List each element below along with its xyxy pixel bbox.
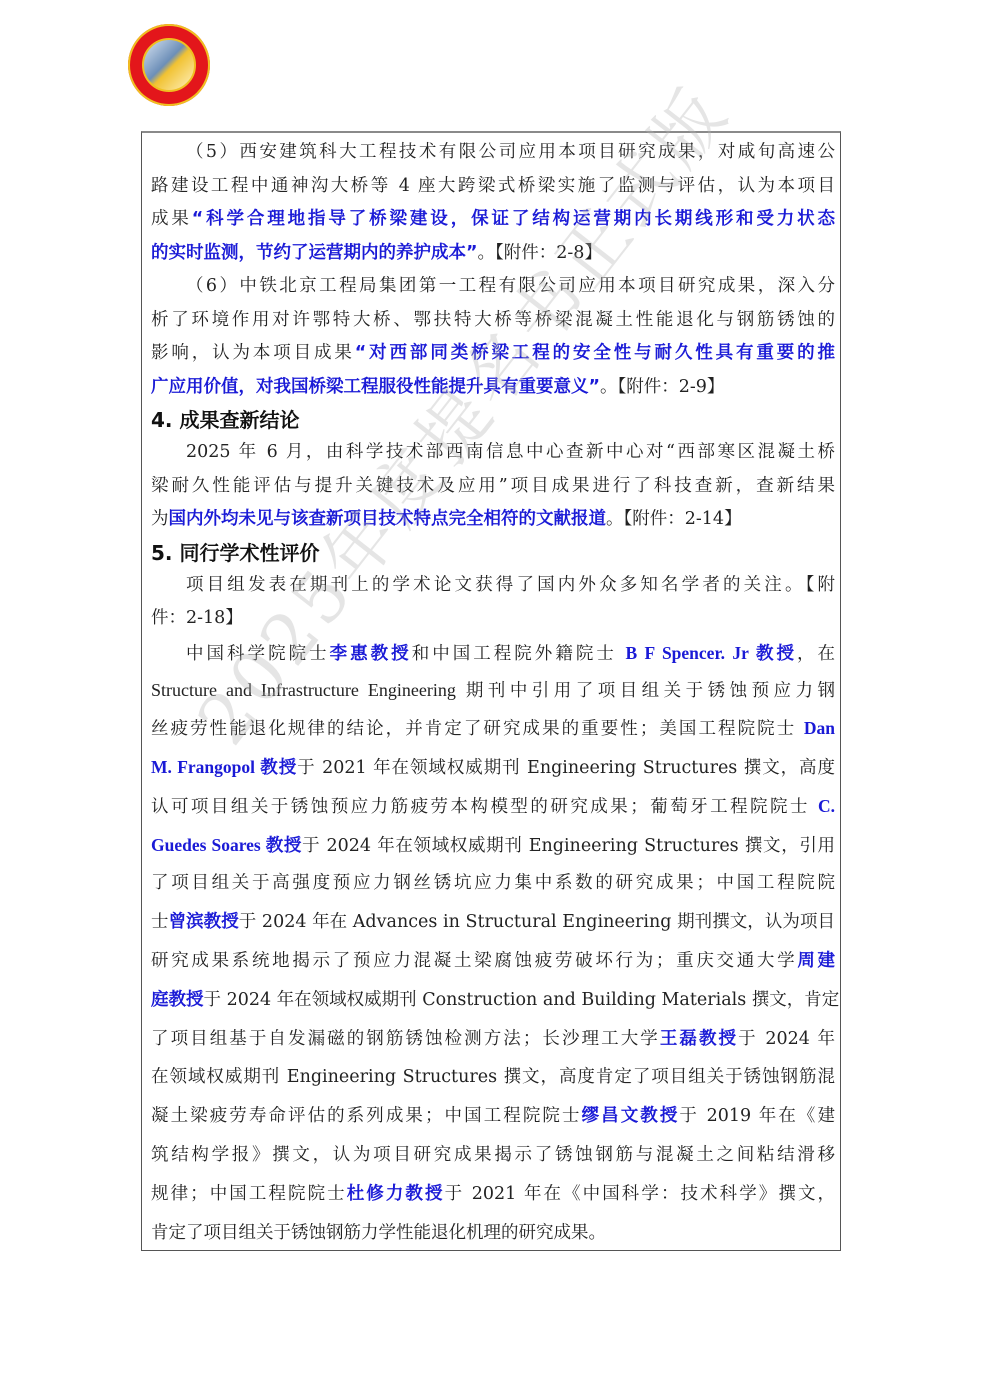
paragraph-application-5: （5）西安建筑科大工程技术有限公司应用本项目研究成果，对咸旬高速公 路建设工程中… <box>151 136 835 270</box>
text: 和中国工程院外籍院士 <box>412 644 626 664</box>
scholar-name: 庭教授 <box>151 990 204 1010</box>
text-line: 2025 年 6 月，由科学技术部西南信息中心查新中心对“西部寒区混凝土桥 <box>151 436 835 470</box>
text: 认可项目组关于锈蚀预应力筋疲劳本构模型的研究成果；葡萄牙工程院院士 <box>151 797 818 817</box>
journal-name: Structure and Infrastructure Engineering <box>151 680 456 700</box>
text-line: 了项目组基于自发漏磁的钢筋锈蚀检测方法；长沙理工大学王磊教授于 2024 年 <box>151 1020 835 1059</box>
text-line: 认可项目组关于锈蚀预应力筋疲劳本构模型的研究成果；葡萄牙工程院院士 C. <box>151 787 835 826</box>
text-line: 的实时监测，节约了运营期内的养护成本”。【附件：2-8】 <box>151 237 835 271</box>
text: 于 2021 年在领域权威期刊 Engineering Structures 撰… <box>297 758 835 778</box>
text-line: （5）西安建筑科大工程技术有限公司应用本项目研究成果，对咸旬高速公 <box>151 136 835 170</box>
section-heading-peer-review: 5. 同行学术性评价 <box>151 537 835 569</box>
document-body: （5）西安建筑科大工程技术有限公司应用本项目研究成果，对咸旬高速公 路建设工程中… <box>151 136 835 1252</box>
text-line: 广应用价值，对我国桥梁工程服役性能提升具有重要意义”。【附件：2-9】 <box>151 371 835 405</box>
text-line: 在领域权威期刊 Engineering Structures 撰文，高度肯定了项… <box>151 1058 835 1097</box>
scholar-name: M. Frangopol 教授 <box>151 757 297 777</box>
scholar-name: 缪昌文教授 <box>582 1106 680 1126</box>
text: 丝疲劳性能退化规律的结论，并肯定了研究成果的重要性；美国工程院院士 <box>151 719 804 739</box>
text: 于 2019 年在《建 <box>679 1106 835 1126</box>
text: 影响，认为本项目成果 <box>151 343 355 363</box>
highlight-conclusion: 国内外均未见与该查新项目技术特点完全相符的文献报道 <box>169 509 607 529</box>
text: 期刊中引用了项目组关于锈蚀预应力钢 <box>456 681 835 701</box>
text: 于 2024 年 <box>738 1029 835 1049</box>
text: 为 <box>151 509 169 529</box>
text-line: 成果“科学合理地指导了桥梁建设，保证了结构运营期内长期线形和受力状态 <box>151 203 835 237</box>
highlight-quote: “对西部同类桥梁工程的安全性与耐久性具有重要的推 <box>355 343 835 363</box>
text-line: 凝土梁疲劳寿命评估的系列成果；中国工程院院士缪昌文教授于 2019 年在《建 <box>151 1097 835 1136</box>
text-line: （6）中铁北京工程局集团第一工程有限公司应用本项目研究成果，深入分 <box>151 270 835 304</box>
section-heading-novelty-search: 4. 成果查新结论 <box>151 404 835 436</box>
highlight-quote: 的实时监测，节约了运营期内的养护成本” <box>151 243 478 263</box>
organization-seal-logo <box>128 24 210 106</box>
text-line: 为国内外均未见与该查新项目技术特点完全相符的文献报道。【附件：2-14】 <box>151 503 835 537</box>
attachment-ref: 。【附件：2-14】 <box>606 509 742 529</box>
text-line: 庭教授于 2024 年在领域权威期刊 Construction and Buil… <box>151 981 835 1020</box>
scholar-name: 杜修力教授 <box>347 1184 445 1204</box>
text: 中国科学院院士 <box>186 644 330 664</box>
text-line: 肯定了项目组关于锈蚀钢筋力学性能退化机理的研究成果。 <box>151 1214 835 1253</box>
scholar-name: 李惠教授 <box>330 644 412 664</box>
text-line: 梁耐久性能评估与提升关键技术及应用”项目成果进行了科技查新，查新结果 <box>151 470 835 504</box>
scholar-name: B F Spencer. Jr 教授 <box>625 643 797 663</box>
text: 成果 <box>151 209 192 229</box>
scholar-name: 曾滨教授 <box>169 912 239 932</box>
text-line: 丝疲劳性能退化规律的结论，并肯定了研究成果的重要性；美国工程院院士 Dan <box>151 709 835 748</box>
text: 于 2024 年在领域权威期刊 Engineering Structures 撰… <box>302 836 835 856</box>
text-line: 了项目组关于高强度预应力钢丝锈坑应力集中系数的研究成果；中国工程院院 <box>151 864 835 903</box>
highlight-quote: “科学合理地指导了桥梁建设，保证了结构运营期内长期线形和受力状态 <box>192 209 835 229</box>
text-line: Structure and Infrastructure Engineering… <box>151 671 835 710</box>
scholar-name: 周建 <box>797 951 835 971</box>
text: 了项目组基于自发漏磁的钢筋锈蚀检测方法；长沙理工大学 <box>151 1029 660 1049</box>
paragraph-peer-citations: 中国科学院院士李惠教授和中国工程院外籍院士 B F Spencer. Jr 教授… <box>151 636 835 1253</box>
text: 凝土梁疲劳寿命评估的系列成果；中国工程院院士 <box>151 1106 582 1126</box>
text-line: 筑结构学报》撰文，认为项目研究成果揭示了锈蚀钢筋与混凝土之间粘结滑移 <box>151 1136 835 1175</box>
paragraph-peer-intro: 项目组发表在期刊上的学术论文获得了国内外众多知名学者的关注。【附 件：2-18】 <box>151 569 835 636</box>
text: 研究成果系统地揭示了预应力混凝土梁腐蚀疲劳破坏行为；重庆交通大学 <box>151 951 797 971</box>
paragraph-novelty-search: 2025 年 6 月，由科学技术部西南信息中心查新中心对“西部寒区混凝土桥 梁耐… <box>151 436 835 537</box>
text-line: Guedes Soares 教授于 2024 年在领域权威期刊 Engineer… <box>151 826 835 865</box>
scholar-name: C. <box>818 796 835 816</box>
scholar-name: Dan <box>804 718 835 738</box>
text: 于 2024 年在 Advances in Structural Enginee… <box>239 912 835 932</box>
text-line: 规律；中国工程院院士杜修力教授于 2021 年在《中国科学：技术科学》撰文， <box>151 1175 835 1214</box>
highlight-quote: 广应用价值，对我国桥梁工程服役性能提升具有重要意义” <box>151 377 600 397</box>
text-line: 析了环境作用对许鄂特大桥、鄂扶特大桥等桥梁混凝土性能退化与钢筋锈蚀的 <box>151 304 835 338</box>
text: 于 2024 年在领域权威期刊 Construction and Buildin… <box>204 990 840 1010</box>
text: ，在 <box>797 644 835 664</box>
attachment-ref: 。【附件：2-9】 <box>600 377 724 397</box>
text: 士 <box>151 912 169 932</box>
scholar-name: 王磊教授 <box>660 1029 738 1049</box>
text-line: 研究成果系统地揭示了预应力混凝土梁腐蚀疲劳破坏行为；重庆交通大学周建 <box>151 942 835 981</box>
text: 于 2021 年在《中国科学：技术科学》撰文， <box>445 1184 835 1204</box>
text-line: 路建设工程中通神沟大桥等 4 座大跨梁式桥梁实施了监测与评估，认为本项目 <box>151 170 835 204</box>
text-line: 中国科学院院士李惠教授和中国工程院外籍院士 B F Spencer. Jr 教授… <box>151 636 835 671</box>
attachment-ref: 。【附件：2-8】 <box>478 243 602 263</box>
text: 规律；中国工程院院士 <box>151 1184 347 1204</box>
text-line: 件：2-18】 <box>151 602 835 636</box>
text-line: 影响，认为本项目成果“对西部同类桥梁工程的安全性与耐久性具有重要的推 <box>151 337 835 371</box>
scholar-name: Guedes Soares 教授 <box>151 835 302 855</box>
text-line: 士曾滨教授于 2024 年在 Advances in Structural En… <box>151 903 835 942</box>
seal-emblem-image <box>142 38 196 92</box>
paragraph-application-6: （6）中铁北京工程局集团第一工程有限公司应用本项目研究成果，深入分 析了环境作用… <box>151 270 835 404</box>
text-line: 项目组发表在期刊上的学术论文获得了国内外众多知名学者的关注。【附 <box>151 569 835 603</box>
text-line: M. Frangopol 教授于 2021 年在领域权威期刊 Engineeri… <box>151 748 835 787</box>
